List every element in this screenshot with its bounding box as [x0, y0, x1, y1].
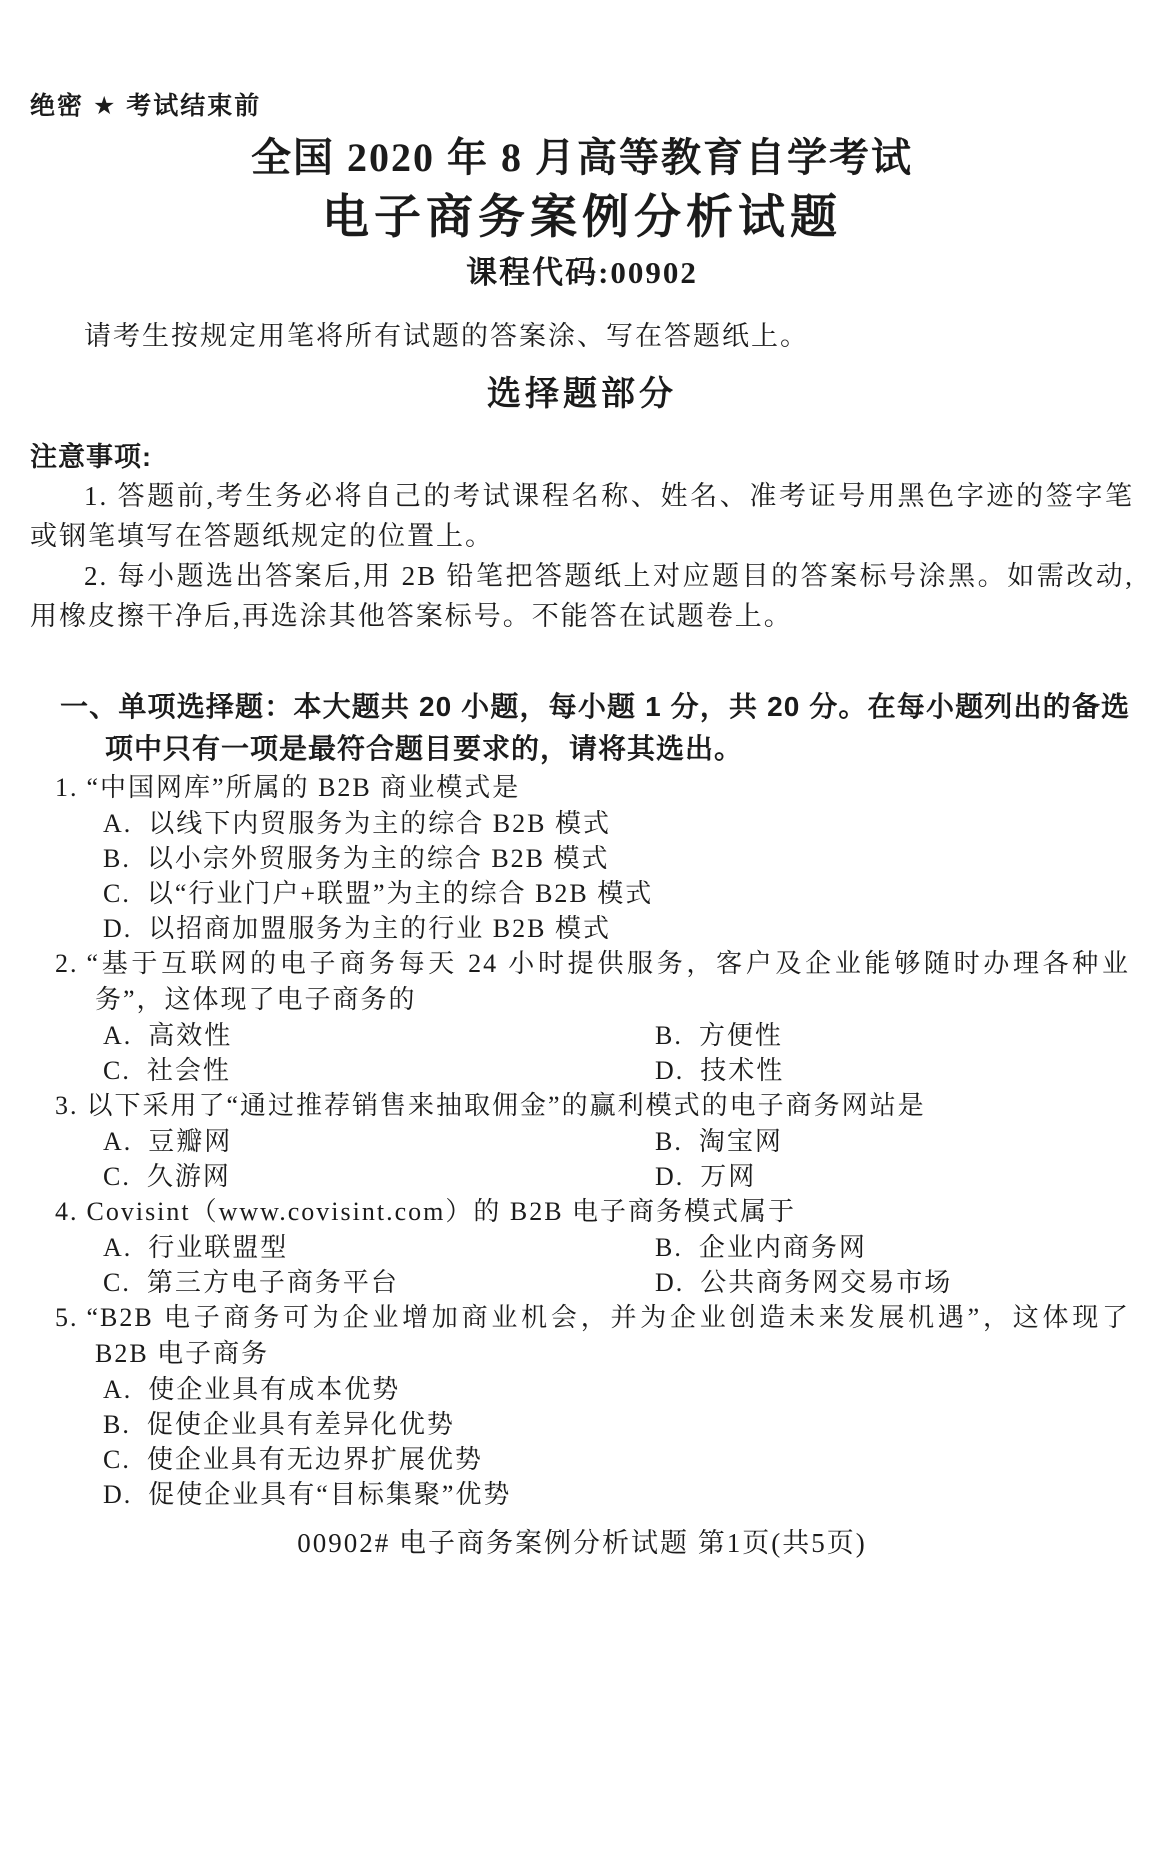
course-code: 课程代码:00902 — [0, 252, 1164, 294]
instruction-text: 请考生按规定用笔将所有试题的答案涂、写在答题纸上。 — [30, 318, 1134, 354]
question: 5.“B2B 电子商务可为企业增加商业机会，并为企业创造未来发展机遇”，这体现了… — [0, 1300, 1130, 1512]
question-number: 3. — [55, 1091, 79, 1120]
question-number: 2. — [55, 949, 79, 978]
option-label: C. — [103, 1268, 131, 1297]
note-item: 1. 答题前,考生务必将自己的考试课程名称、姓名、准考证号用黑色字迹的签字笔或钢… — [30, 476, 1134, 556]
option-text: 豆瓣网 — [148, 1127, 232, 1156]
option-label: A. — [103, 1233, 132, 1262]
notes-label: 注意事项: — [30, 438, 1134, 476]
question: 3.以下采用了“通过推荐销售来抽取佣金”的赢利模式的电子商务网站是A.豆瓣网B.… — [0, 1088, 1130, 1194]
section-heading: 一、单项选择题：本大题共 20 小题，每小题 1 分，共 20 分。在每小题列出… — [0, 686, 1130, 770]
option-text: 促使企业具有“目标集聚”优势 — [148, 1480, 511, 1509]
option: B.促使企业具有差异化优势 — [103, 1407, 1130, 1442]
question: 4.Covisint（www.covisint.com）的 B2B 电子商务模式… — [0, 1194, 1130, 1300]
option: D.以招商加盟服务为主的行业 B2B 模式 — [103, 911, 1130, 946]
option: A.行业联盟型 — [103, 1230, 655, 1265]
option-text: 企业内商务网 — [699, 1233, 867, 1262]
option-label: A. — [103, 1127, 132, 1156]
option: C.使企业具有无边界扩展优势 — [103, 1442, 1130, 1477]
option-label: A. — [103, 1021, 132, 1050]
option: A.豆瓣网 — [103, 1124, 655, 1159]
option-label: D. — [103, 914, 132, 943]
option: B.以小宗外贸服务为主的综合 B2B 模式 — [103, 841, 1130, 876]
option-label: B. — [103, 844, 131, 873]
option-text: 久游网 — [147, 1162, 231, 1191]
question-text-content: 以下采用了“通过推荐销售来抽取佣金”的赢利模式的电子商务网站是 — [87, 1091, 926, 1120]
exam-subject-title: 电子商务案例分析试题 — [0, 186, 1164, 248]
option-text: 淘宝网 — [699, 1127, 783, 1156]
option-text: 公共商务网交易市场 — [700, 1268, 952, 1297]
question-number: 4. — [55, 1197, 79, 1226]
option: D.技术性 — [655, 1053, 1130, 1088]
question-text-content: “中国网库”所属的 B2B 商业模式是 — [87, 773, 521, 802]
question-text: 1.“中国网库”所属的 B2B 商业模式是 — [0, 770, 1130, 806]
question: 2.“基于互联网的电子商务每天 24 小时提供服务，客户及企业能够随时办理各种业… — [0, 946, 1130, 1088]
option: B.方便性 — [655, 1018, 1130, 1053]
option-text: 以线下内贸服务为主的综合 B2B 模式 — [148, 809, 611, 838]
option-label: D. — [655, 1268, 684, 1297]
option: C.以“行业门户+联盟”为主的综合 B2B 模式 — [103, 876, 1130, 911]
option-label: B. — [655, 1127, 683, 1156]
option-text: 以“行业门户+联盟”为主的综合 B2B 模式 — [147, 879, 653, 908]
option-label: B. — [103, 1410, 131, 1439]
option: A.使企业具有成本优势 — [103, 1372, 1130, 1407]
option-label: D. — [103, 1480, 132, 1509]
option-label: A. — [103, 1375, 132, 1404]
question-text-content: Covisint（www.covisint.com）的 B2B 电子商务模式属于 — [87, 1197, 797, 1226]
option-label: C. — [103, 1162, 131, 1191]
option: D.公共商务网交易市场 — [655, 1265, 1130, 1300]
options-list: A.高效性B.方便性C.社会性D.技术性 — [0, 1018, 1130, 1088]
option-text: 以招商加盟服务为主的行业 B2B 模式 — [148, 914, 611, 943]
option-label: C. — [103, 1445, 131, 1474]
options-list: A.以线下内贸服务为主的综合 B2B 模式B.以小宗外贸服务为主的综合 B2B … — [0, 806, 1130, 946]
option: A.以线下内贸服务为主的综合 B2B 模式 — [103, 806, 1130, 841]
option: B.企业内商务网 — [655, 1230, 1130, 1265]
option-label: B. — [655, 1233, 683, 1262]
question-number: 5. — [55, 1303, 79, 1332]
option: C.久游网 — [103, 1159, 655, 1194]
option-text: 方便性 — [699, 1021, 783, 1050]
option-text: 使企业具有成本优势 — [148, 1375, 400, 1404]
question-text: 5.“B2B 电子商务可为企业增加商业机会，并为企业创造未来发展机遇”，这体现了… — [0, 1300, 1130, 1372]
question: 1.“中国网库”所属的 B2B 商业模式是A.以线下内贸服务为主的综合 B2B … — [0, 770, 1130, 946]
option-text: 促使企业具有差异化优势 — [147, 1410, 455, 1439]
page-footer: 00902# 电子商务案例分析试题 第1页(共5页) — [0, 1524, 1164, 1562]
option-text: 高效性 — [148, 1021, 232, 1050]
question-text: 2.“基于互联网的电子商务每天 24 小时提供服务，客户及企业能够随时办理各种业… — [0, 946, 1130, 1018]
part-heading: 选择题部分 — [0, 370, 1164, 418]
question-number: 1. — [55, 773, 79, 802]
option-text: 技术性 — [700, 1056, 784, 1085]
option-label: C. — [103, 1056, 131, 1085]
option-text: 使企业具有无边界扩展优势 — [147, 1445, 483, 1474]
exam-title: 全国 2020 年 8 月高等教育自学考试 — [0, 132, 1164, 184]
option-text: 以小宗外贸服务为主的综合 B2B 模式 — [147, 844, 610, 873]
question-text-content: “基于互联网的电子商务每天 24 小时提供服务，客户及企业能够随时办理各种业务”… — [87, 949, 1131, 1014]
option: D.万网 — [655, 1159, 1130, 1194]
option-text: 万网 — [700, 1162, 756, 1191]
question-text: 3.以下采用了“通过推荐销售来抽取佣金”的赢利模式的电子商务网站是 — [0, 1088, 1130, 1124]
option-label: D. — [655, 1162, 684, 1191]
option-text: 行业联盟型 — [148, 1233, 288, 1262]
note-item: 2. 每小题选出答案后,用 2B 铅笔把答题纸上对应题目的答案标号涂黑。如需改动… — [30, 556, 1134, 636]
option-label: B. — [655, 1021, 683, 1050]
classification-line: 绝密 ★ 考试结束前 — [30, 90, 1164, 122]
question-text: 4.Covisint（www.covisint.com）的 B2B 电子商务模式… — [0, 1194, 1130, 1230]
option-text: 社会性 — [147, 1056, 231, 1085]
option-label: C. — [103, 879, 131, 908]
options-list: A.豆瓣网B.淘宝网C.久游网D.万网 — [0, 1124, 1130, 1194]
option: D.促使企业具有“目标集聚”优势 — [103, 1477, 1130, 1512]
questions-list: 1.“中国网库”所属的 B2B 商业模式是A.以线下内贸服务为主的综合 B2B … — [0, 770, 1164, 1512]
option: C.社会性 — [103, 1053, 655, 1088]
options-list: A.行业联盟型B.企业内商务网C.第三方电子商务平台D.公共商务网交易市场 — [0, 1230, 1130, 1300]
option: B.淘宝网 — [655, 1124, 1130, 1159]
option-label: A. — [103, 809, 132, 838]
option-text: 第三方电子商务平台 — [147, 1268, 399, 1297]
option-label: D. — [655, 1056, 684, 1085]
exam-paper-page: 绝密 ★ 考试结束前 全国 2020 年 8 月高等教育自学考试 电子商务案例分… — [0, 0, 1164, 1862]
option: C.第三方电子商务平台 — [103, 1265, 655, 1300]
option: A.高效性 — [103, 1018, 655, 1053]
question-text-content: “B2B 电子商务可为企业增加商业机会，并为企业创造未来发展机遇”，这体现了 B… — [87, 1303, 1131, 1368]
options-list: A.使企业具有成本优势B.促使企业具有差异化优势C.使企业具有无边界扩展优势D.… — [0, 1372, 1130, 1512]
